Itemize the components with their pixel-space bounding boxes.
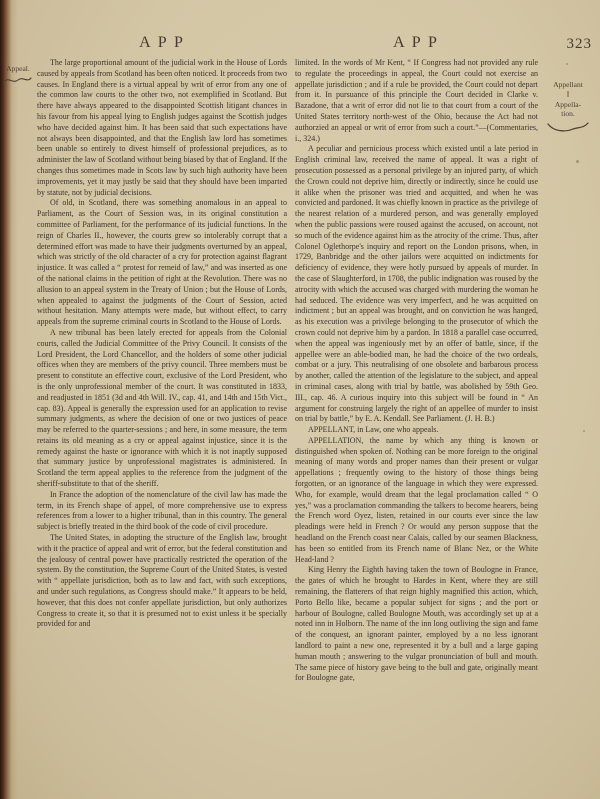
margin-note-appeal: Appeal. (2, 64, 34, 85)
margin-note-divider: ‖ (540, 90, 596, 100)
paragraph: Of old, in Scotland, there was something… (37, 198, 287, 328)
paper-speck (583, 430, 585, 432)
paragraph: APPELLATION, the name by which any thing… (295, 436, 538, 566)
paragraph: APPELLANT, in Law, one who appeals. (295, 425, 538, 436)
margin-note-appellation-label-line1: Appella- (540, 100, 596, 110)
paragraph: A new tribunal has been lately erected f… (37, 328, 287, 490)
scanned-book-page: A P P A P P 323 Appeal. Appellant ‖ Appe… (0, 0, 600, 799)
right-text-column: limited. In the words of Mr Kent, “ If C… (295, 58, 538, 758)
page-number: 323 (567, 36, 593, 53)
paper-speck (566, 63, 568, 65)
paragraph: In France the adoption of the nomenclatu… (37, 490, 287, 533)
margin-note-appellation-label-line2: tion. (540, 109, 596, 119)
left-text-column: The large proportional amount of the jud… (37, 58, 287, 758)
margin-note-appeal-label: Appeal. (6, 64, 30, 73)
margin-note-appellant-label: Appellant (540, 80, 596, 90)
left-column-running-head: A P P (37, 34, 287, 52)
paragraph: The large proportional amount of the jud… (37, 58, 287, 198)
paper-speck (576, 160, 579, 163)
paragraph: limited. In the words of Mr Kent, “ If C… (295, 58, 538, 144)
paragraph: A peculiar and pernicious process which … (295, 144, 538, 425)
flourish-icon (546, 121, 590, 133)
paragraph: King Henry the Eighth having taken the t… (295, 565, 538, 684)
paragraph: The United States, in adopting the struc… (37, 533, 287, 630)
book-binding-edge (0, 0, 18, 799)
right-column-running-head: A P P (296, 34, 536, 52)
flourish-icon (4, 76, 32, 85)
margin-note-appellant-appellation: Appellant ‖ Appella- tion. (540, 80, 596, 133)
